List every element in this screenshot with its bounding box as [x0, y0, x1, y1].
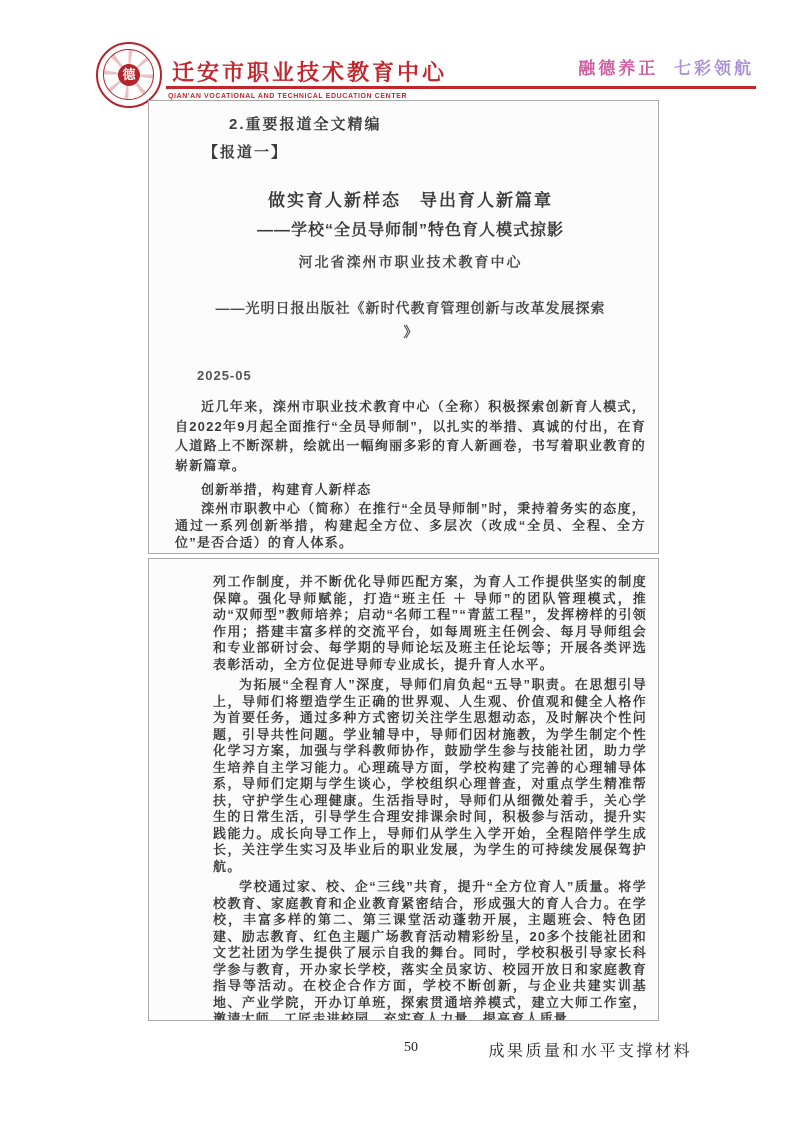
- footer-label: 成果质量和水平支撑材料: [488, 1038, 692, 1061]
- school-seal-logo-icon: 德: [96, 42, 162, 108]
- seal-center-character: 德: [118, 64, 140, 86]
- page-number: 50: [404, 1040, 418, 1056]
- report-byline: 河北省滦州市职业技术教育中心: [175, 252, 646, 272]
- slogan-part-1: 融德养正: [578, 59, 658, 78]
- report-paragraph: 近几年来，滦州市职业技术教育中心（全称）积极探索创新育人模式，自2022年9月起…: [175, 397, 646, 475]
- report-one-label: 【报道一】: [203, 141, 646, 162]
- header-slogan: 融德养正 七彩领航: [578, 54, 754, 79]
- org-name-chinese: 迁安市职业技术教育中心: [172, 56, 447, 87]
- scanned-report-page-1: 2.重要报道全文精编 【报道一】 做实育人新样态 导出育人新篇章 ——学校“全员…: [148, 100, 659, 554]
- report-date: 2025-05: [197, 368, 646, 383]
- header-divider-rule: [166, 86, 756, 89]
- report-title-line-1: 做实育人新样态 导出育人新篇章: [175, 186, 646, 211]
- report-subheading: 创新举措，构建育人新样态: [175, 479, 646, 498]
- report-source-line-2: 》: [175, 322, 646, 342]
- page-header: 德 迁安市职业技术教育中心 QIAN'AN VOCATIONAL AND TEC…: [0, 0, 800, 115]
- report-paragraph: 学校通过家、校、企“三线”共育，提升“全方位育人”质量。将学校教育、家庭教育和企…: [213, 879, 647, 1021]
- report-paragraph: 在激发“全员育人”积极性方面，学校采取“三化”举措。严化组织运行，成立以党总支书…: [175, 553, 646, 554]
- report-paragraph: 滦州市职教中心（简称）在推行“全员导师制”时，秉持着务实的态度，通过一系列创新举…: [175, 500, 646, 551]
- org-name-english: QIAN'AN VOCATIONAL AND TECHNICAL EDUCATI…: [168, 93, 407, 100]
- scanned-report-page-2: 列工作制度，并不断优化导师匹配方案，为育人工作提供坚实的制度保障。强化导师赋能，…: [148, 558, 659, 1021]
- section-heading: 2.重要报道全文精编: [229, 113, 646, 134]
- report-paragraph: 列工作制度，并不断优化导师匹配方案，为育人工作提供坚实的制度保障。强化导师赋能，…: [213, 574, 647, 673]
- report-source-line-1: ——光明日报出版社《新时代教育管理创新与改革发展探索: [175, 298, 646, 318]
- report-title-line-2: ——学校“全员导师制”特色育人模式掠影: [175, 217, 646, 240]
- slogan-part-2: 七彩领航: [674, 59, 754, 78]
- report-paragraph: 为拓展“全程育人”深度，导师们肩负起“五导”职责。在思想引导上，导师们将塑造学生…: [213, 677, 647, 875]
